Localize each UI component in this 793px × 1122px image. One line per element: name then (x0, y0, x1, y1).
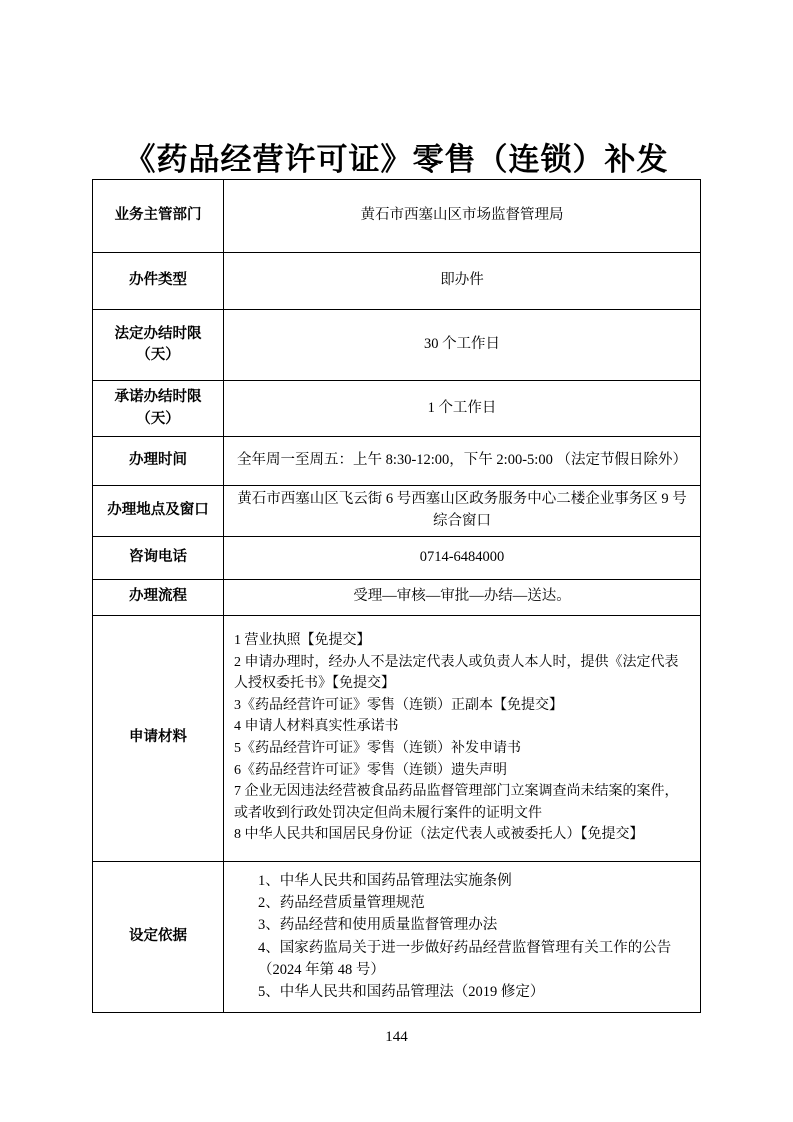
row-value: 即办件 (224, 253, 701, 310)
row-value: 全年周一至周五：上午 8:30-12:00，下午 2:00-5:00 （法定节假… (224, 437, 701, 486)
page-title: 《药品经营许可证》零售（连锁）补发 (0, 134, 793, 179)
table-row-legal-basis: 设定依据 1、中华人民共和国药品管理法实施条例 2、药品经营质量管理规范 3、药… (93, 861, 701, 1012)
row-value: 黄石市西塞山区市场监督管理局 (224, 180, 701, 253)
row-label: 咨询电话 (93, 536, 224, 579)
document-page: 《药品经营许可证》零售（连锁）补发 业务主管部门 黄石市西塞山区市场监督管理局 … (0, 0, 793, 1122)
row-value: 0714-6484000 (224, 536, 701, 579)
table-row-promised-time-limit: 承诺办结时限 （天） 1 个工作日 (93, 381, 701, 437)
table-row-location-window: 办理地点及窗口 黄石市西塞山区飞云街 6 号西塞山区政务服务中心二楼企业事务区 … (93, 486, 701, 537)
row-value: 1 营业执照【免提交】 2 申请办理时，经办人不是法定代表人或负责人本人时，提供… (224, 615, 701, 861)
row-label: 设定依据 (93, 861, 224, 1012)
row-label: 法定办结时限 （天） (93, 310, 224, 381)
row-label: 申请材料 (93, 615, 224, 861)
row-value: 1、中华人民共和国药品管理法实施条例 2、药品经营质量管理规范 3、药品经营和使… (224, 861, 701, 1012)
table-row-process: 办理流程 受理—审核—审批—办结—送达。 (93, 579, 701, 615)
row-label: 办件类型 (93, 253, 224, 310)
row-value: 黄石市西塞山区飞云街 6 号西塞山区政务服务中心二楼企业事务区 9 号综合窗口 (224, 486, 701, 537)
row-label: 业务主管部门 (93, 180, 224, 253)
table-row-office-hours: 办理时间 全年周一至周五：上午 8:30-12:00，下午 2:00-5:00 … (93, 437, 701, 486)
page-number: 144 (0, 1029, 793, 1046)
row-value: 1 个工作日 (224, 381, 701, 437)
table-row-statutory-time-limit: 法定办结时限 （天） 30 个工作日 (93, 310, 701, 381)
row-label: 办理时间 (93, 437, 224, 486)
table-row-phone: 咨询电话 0714-6484000 (93, 536, 701, 579)
row-label: 承诺办结时限 （天） (93, 381, 224, 437)
row-value: 30 个工作日 (224, 310, 701, 381)
table-row-item-type: 办件类型 即办件 (93, 253, 701, 310)
row-label: 办理流程 (93, 579, 224, 615)
table-row-business-department: 业务主管部门 黄石市西塞山区市场监督管理局 (93, 180, 701, 253)
row-label: 办理地点及窗口 (93, 486, 224, 537)
info-table: 业务主管部门 黄石市西塞山区市场监督管理局 办件类型 即办件 法定办结时限 （天… (92, 179, 701, 1013)
row-value: 受理—审核—审批—办结—送达。 (224, 579, 701, 615)
table-row-application-materials: 申请材料 1 营业执照【免提交】 2 申请办理时，经办人不是法定代表人或负责人本… (93, 615, 701, 861)
